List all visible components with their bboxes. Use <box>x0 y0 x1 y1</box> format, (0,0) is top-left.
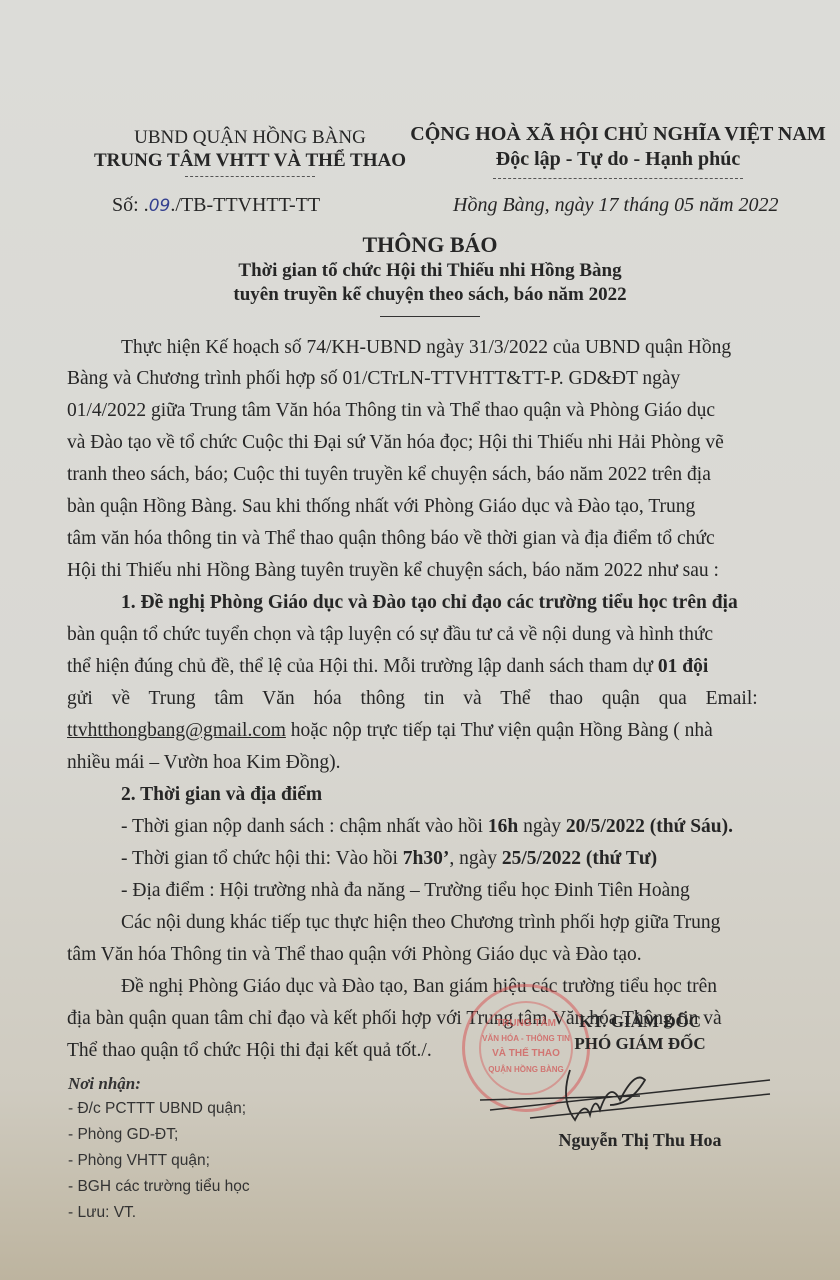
other-line: Các nội dung khác tiếp tục thực hiện the… <box>67 912 840 934</box>
item-1-line: gửi về Trung tâm Văn hóa thông tin và Th… <box>67 688 812 710</box>
item-2-title: 2. Thời gian và địa điểm <box>67 784 840 806</box>
national-title: CỘNG HOÀ XÃ HỘI CHỦ NGHĨA VIỆT NAM <box>408 122 828 147</box>
body-line: Bàng và Chương trình phối hợp số 01/CTrL… <box>67 368 812 390</box>
document-date: Hồng Bàng, ngày 17 tháng 05 năm 2022 <box>453 194 779 217</box>
body-line: Thực hiện Kế hoạch số 74/KH-UBND ngày 31… <box>67 337 812 359</box>
agency-name: TRUNG TÂM VHTT VÀ THỂ THAO <box>80 149 420 172</box>
body-line: tranh theo sách, báo; Cuộc thi tuyên tru… <box>67 464 812 486</box>
venue-line: - Địa điểm : Hội trường nhà đa năng – Tr… <box>67 880 840 902</box>
signer-title-2: PHÓ GIÁM ĐỐC <box>470 1034 810 1054</box>
email-link[interactable]: ttvhtthongbang@gmail.com <box>67 720 286 741</box>
body-line: và Đào tạo về tổ chức Cuộc thi Đại sứ Vă… <box>67 432 812 454</box>
document-subtitle-2: tuyên truyền kể chuyện theo sách, báo nă… <box>0 284 840 306</box>
title-underline <box>380 316 480 317</box>
issuing-agency: UBND QUẬN HỒNG BÀNG TRUNG TÂM VHTT VÀ TH… <box>80 126 420 177</box>
national-header: CỘNG HOÀ XÃ HỘI CHỦ NGHĨA VIỆT NAM Độc l… <box>408 122 828 179</box>
item-1-line: bàn quận tổ chức tuyển chọn và tập luyện… <box>67 624 812 646</box>
document-subtitle-1: Thời gian tổ chức Hội thi Thiếu nhi Hồng… <box>0 260 840 282</box>
handwritten-signature <box>470 1060 790 1140</box>
item-1-line: nhiều mái – Vườn hoa Kim Đồng). <box>67 752 812 774</box>
agency-parent: UBND QUẬN HỒNG BÀNG <box>80 126 420 149</box>
signer-title-1: KT. GIÁM ĐỐC <box>470 1012 810 1032</box>
request-line: Đề nghị Phòng Giáo dục và Đào tạo, Ban g… <box>67 976 840 998</box>
handwritten-number: 09 <box>149 196 171 216</box>
divider <box>185 176 315 177</box>
item-1-line: thể hiện đúng chủ đề, thể lệ của Hội thi… <box>67 656 812 678</box>
other-line: tâm Văn hóa Thông tin và Thể thao quận v… <box>67 944 812 966</box>
recipient-item: - Lưu: VT. <box>68 1204 136 1222</box>
item-1-line: ttvhtthongbang@gmail.com hoặc nộp trực t… <box>67 720 812 742</box>
recipient-item: - Phòng GD-ĐT; <box>68 1126 178 1144</box>
national-motto: Độc lập - Tự do - Hạnh phúc <box>408 147 828 172</box>
body-line: 01/4/2022 giữa Trung tâm Văn hóa Thông t… <box>67 400 812 422</box>
document-page: UBND QUẬN HỒNG BÀNG TRUNG TÂM VHTT VÀ TH… <box>0 0 840 1280</box>
document-title: THÔNG BÁO <box>0 232 840 258</box>
recipient-item: - BGH các trường tiểu học <box>68 1178 250 1196</box>
divider <box>493 178 743 179</box>
item-1-line: 1. Đề nghị Phòng Giáo dục và Đào tạo chỉ… <box>67 592 840 614</box>
deadline-line: - Thời gian nộp danh sách : chậm nhất và… <box>67 816 840 838</box>
recipients-title: Nơi nhận: <box>68 1074 141 1094</box>
recipient-item: - Phòng VHTT quận; <box>68 1152 210 1170</box>
document-number: Số: .09./TB-TTVHTT-TT <box>112 194 320 217</box>
body-line: tâm văn hóa thông tin và Thể thao quận t… <box>67 528 812 550</box>
event-time-line: - Thời gian tổ chức hội thi: Vào hồi 7h3… <box>67 848 840 870</box>
body-line: Hội thi Thiếu nhi Hồng Bàng tuyên truyền… <box>67 560 812 582</box>
body-line: bàn quận Hồng Bàng. Sau khi thống nhất v… <box>67 496 812 518</box>
signer-name: Nguyễn Thị Thu Hoa <box>470 1130 810 1151</box>
recipient-item: - Đ/c PCTTT UBND quận; <box>68 1100 246 1118</box>
